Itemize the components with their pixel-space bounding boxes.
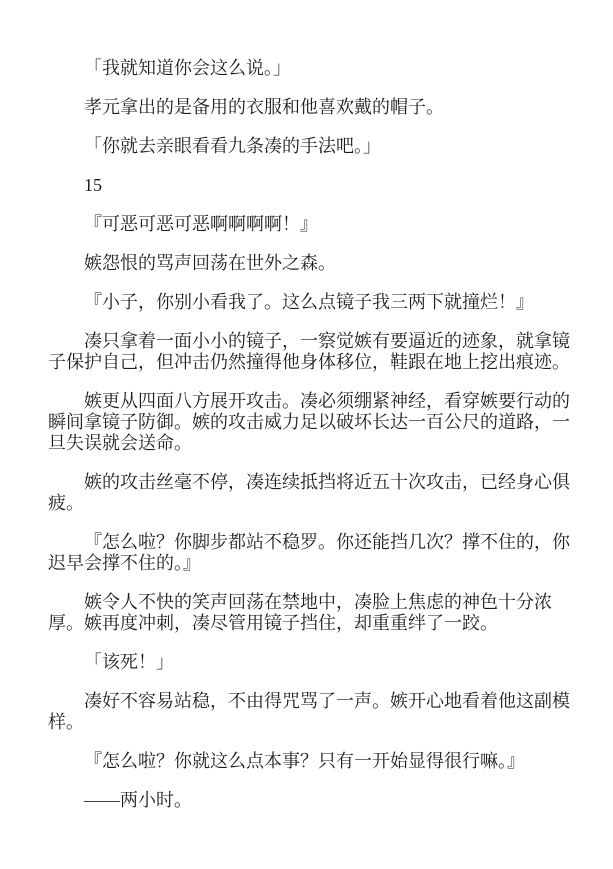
paragraph: 嫉更从四面八方展开攻击。凑必须绷紧神经，看穿嫉要行动的瞬间拿镜子防御。嫉的攻击威… xyxy=(48,391,571,454)
paragraph: 嫉令人不快的笑声回荡在禁地中，凑脸上焦虑的神色十分浓厚。嫉再度冲刺，凑尽管用镜子… xyxy=(48,592,571,634)
paragraph: 「你就去亲眼看看九条凑的手法吧。」 xyxy=(48,136,571,157)
paragraph: 嫉怨恨的骂声回荡在世外之森。 xyxy=(48,253,571,274)
text-body: 「我就知道你会这么说。」孝元拿出的是备用的衣服和他喜欢戴的帽子。「你就去亲眼看看… xyxy=(0,0,613,811)
paragraph: ——两小时。 xyxy=(48,790,571,811)
paragraph: 『怎么啦？你脚步都站不稳罗。你还能挡几次？撑不住的，你迟早会撑不住的。』 xyxy=(48,532,571,574)
paragraph: 「我就知道你会这么说。」 xyxy=(48,58,571,79)
paragraph: 嫉的攻击丝毫不停，凑连续抵挡将近五十次攻击，已经身心俱疲。 xyxy=(48,472,571,514)
paragraph: 『怎么啦？你就这么点本事？只有一开始显得很行嘛。』 xyxy=(48,751,571,772)
paragraph: 『可恶可恶可恶啊啊啊啊！』 xyxy=(48,214,571,235)
paragraph: 孝元拿出的是备用的衣服和他喜欢戴的帽子。 xyxy=(48,97,571,118)
document-page: 「我就知道你会这么说。」孝元拿出的是备用的衣服和他喜欢戴的帽子。「你就去亲眼看看… xyxy=(0,0,613,869)
paragraph: 『小子，你别小看我了。这么点镜子我三两下就撞烂！』 xyxy=(48,292,571,313)
paragraph: 凑好不容易站稳，不由得咒骂了一声。嫉开心地看着他这副模样。 xyxy=(48,691,571,733)
chapter-number: 15 xyxy=(48,175,571,196)
paragraph: 凑只拿着一面小小的镜子，一察觉嫉有要逼近的迹象，就拿镜子保护自己，但冲击仍然撞得… xyxy=(48,331,571,373)
paragraph: 「该死！」 xyxy=(48,652,571,673)
